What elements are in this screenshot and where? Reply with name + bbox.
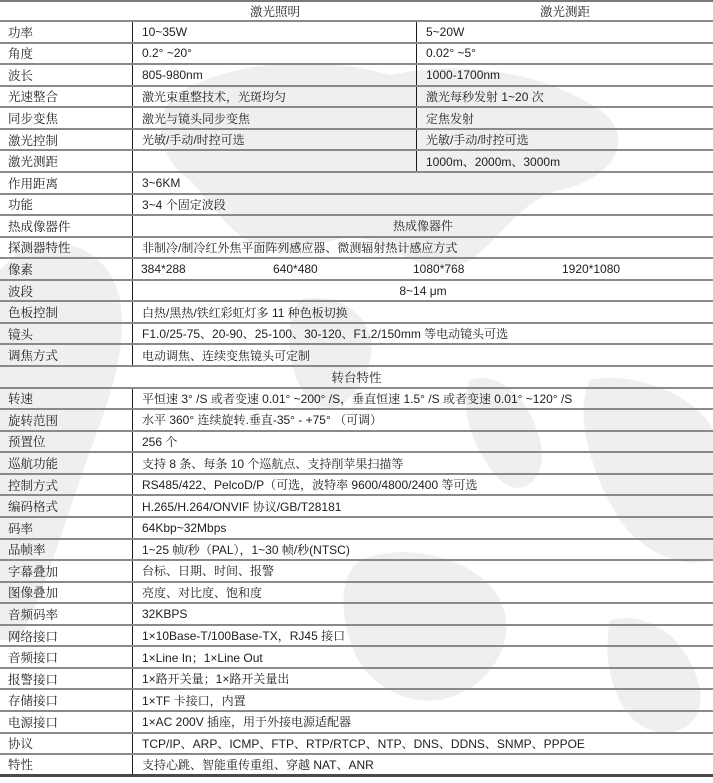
pixel-option: 1920*1080 — [562, 262, 620, 276]
illumination-value: 激光束重整技术，光斑均匀 — [133, 87, 417, 107]
row-value: 1×路开关量；1×路开关量出 — [133, 669, 713, 689]
spec-row-protocol: 协议 TCP/IP、ARP、ICMP、FTP、RTP/RTCP、NTP、DNS、… — [0, 734, 713, 756]
spec-row-power: 功率 10~35W 5~20W — [0, 22, 713, 44]
ranging-value: 5~20W — [417, 22, 713, 42]
ranging-value: 激光每秒发射 1~20 次 — [417, 87, 713, 107]
spec-row-laser-control: 激光控制 光敏/手动/时控可选 光敏/手动/时控可选 — [0, 130, 713, 152]
row-label: 巡航功能 — [0, 453, 133, 473]
row-label: 波长 — [0, 65, 133, 85]
row-value: 32KBPS — [133, 604, 713, 624]
row-label: 协议 — [0, 734, 133, 754]
row-label: 探测器特性 — [0, 238, 133, 258]
header-laser-ranging: 激光测距 — [417, 2, 713, 20]
row-label: 控制方式 — [0, 475, 133, 495]
illumination-value: 激光与镜头同步变焦 — [133, 108, 417, 128]
row-label: 转速 — [0, 389, 133, 409]
row-value: 1×10Base-T/100Base-TX，RJ45 接口 — [133, 626, 713, 646]
pixel-option: 384*288 — [141, 262, 186, 276]
ranging-value: 定焦发射 — [417, 108, 713, 128]
row-value: 台标、日期、时间、报警 — [133, 561, 713, 581]
row-value: 3~4 个固定波段 — [133, 195, 713, 215]
spec-row-osd: 字幕叠加 台标、日期、时间、报警 — [0, 561, 713, 583]
row-label: 品帧率 — [0, 540, 133, 560]
pixel-options: 384*288 640*480 1080*768 1920*1080 — [133, 259, 713, 279]
pixel-option: 640*480 — [273, 262, 318, 276]
spec-row-cruise: 巡航功能 支持 8 条、每条 10 个巡航点、支持削苹果扫描等 — [0, 453, 713, 475]
spec-row-audio-port: 音频接口 1×Line In；1×Line Out — [0, 647, 713, 669]
row-label: 图像叠加 — [0, 583, 133, 603]
spec-row-wavelength: 波长 805-980nm 1000-1700nm — [0, 65, 713, 87]
spec-row-sync-zoom: 同步变焦 激光与镜头同步变焦 定焦发射 — [0, 108, 713, 130]
row-label: 预置位 — [0, 432, 133, 452]
row-label: 作用距离 — [0, 173, 133, 193]
row-label: 字幕叠加 — [0, 561, 133, 581]
row-label: 电源接口 — [0, 712, 133, 732]
row-label: 激光测距 — [0, 151, 133, 171]
row-label: 热成像器件 — [0, 216, 133, 236]
row-value: H.265/H.264/ONVIF 协议/GB/T28181 — [133, 496, 713, 516]
row-value: 8~14 μm — [133, 281, 713, 301]
row-label: 调焦方式 — [0, 345, 133, 365]
row-value: 1×Line In；1×Line Out — [133, 647, 713, 667]
row-value: 1×TF 卡接口，内置 — [133, 690, 713, 710]
spec-row-encoding: 编码格式 H.265/H.264/ONVIF 协议/GB/T28181 — [0, 496, 713, 518]
spec-row-lens: 镜头 F1.0/25-75、20-90、25-100、30-120、F1.2/1… — [0, 324, 713, 346]
spec-row-storage-port: 存储接口 1×TF 卡接口，内置 — [0, 690, 713, 712]
illumination-value — [133, 151, 417, 171]
spec-row-frame-rate: 品帧率 1~25 帧/秒（PAL），1~30 帧/秒(NTSC) — [0, 540, 713, 562]
row-label: 像素 — [0, 259, 133, 279]
table-header-row: 激光照明 激光测距 — [0, 0, 713, 22]
row-label: 特性 — [0, 755, 133, 774]
row-label: 网络接口 — [0, 626, 133, 646]
ptz-section-row: 转台特性 — [0, 367, 713, 389]
row-label: 编码格式 — [0, 496, 133, 516]
row-label: 功率 — [0, 22, 133, 42]
spec-row-rotation-speed: 转速 平恒速 3° /S 或者变速 0.01° ~200° /S，垂直恒速 1.… — [0, 389, 713, 411]
ptz-section-title: 转台特性 — [0, 367, 713, 387]
thermal-section-row: 热成像器件 热成像器件 — [0, 216, 713, 238]
row-value: 平恒速 3° /S 或者变速 0.01° ~200° /S，垂直恒速 1.5° … — [133, 389, 713, 409]
spec-row-palette-control: 色板控制 白热/黑热/铁红彩虹灯多 11 种色板切换 — [0, 302, 713, 324]
spec-row-beam-shaping: 光速整合 激光束重整技术，光斑均匀 激光每秒发射 1~20 次 — [0, 87, 713, 109]
spec-row-band: 波段 8~14 μm — [0, 281, 713, 303]
ranging-value: 1000m、2000m、3000m — [417, 151, 713, 171]
row-label: 码率 — [0, 518, 133, 538]
row-value: 白热/黑热/铁红彩虹灯多 11 种色板切换 — [133, 302, 713, 322]
row-label: 报警接口 — [0, 669, 133, 689]
header-blank-cell — [0, 2, 133, 20]
spec-row-function: 功能 3~4 个固定波段 — [0, 195, 713, 217]
thermal-section-title: 热成像器件 — [133, 216, 713, 236]
row-label: 角度 — [0, 44, 133, 64]
row-value: 支持 8 条、每条 10 个巡航点、支持削苹果扫描等 — [133, 453, 713, 473]
row-value: TCP/IP、ARP、ICMP、FTP、RTP/RTCP、NTP、DNS、DDN… — [133, 734, 713, 754]
row-label: 镜头 — [0, 324, 133, 344]
pixel-option: 1080*768 — [413, 262, 464, 276]
row-value: 电动调焦、连续变焦镜头可定制 — [133, 345, 713, 365]
row-value: 水平 360° 连续旋转.垂直-35° - +75° （可调） — [133, 410, 713, 430]
ranging-value: 0.02° ~5° — [417, 44, 713, 64]
row-value: 非制冷/制冷红外焦平面阵列感应器、微测辐射热计感应方式 — [133, 238, 713, 258]
row-value: RS485/422、PelcoD/P（可选，波特率 9600/4800/2400… — [133, 475, 713, 495]
row-value: 256 个 — [133, 432, 713, 452]
row-label: 音频接口 — [0, 647, 133, 667]
spec-row-angle: 角度 0.2° ~20° 0.02° ~5° — [0, 44, 713, 66]
ranging-value: 1000-1700nm — [417, 65, 713, 85]
spec-row-laser-ranging: 激光测距 1000m、2000m、3000m — [0, 151, 713, 173]
row-value: F1.0/25-75、20-90、25-100、30-120、F1.2/150m… — [133, 324, 713, 344]
spec-row-detector: 探测器特性 非制冷/制冷红外焦平面阵列感应器、微测辐射热计感应方式 — [0, 238, 713, 260]
illumination-value: 光敏/手动/时控可选 — [133, 130, 417, 150]
row-label: 激光控制 — [0, 130, 133, 150]
row-label: 旋转范围 — [0, 410, 133, 430]
spec-row-working-distance: 作用距离 3~6KM — [0, 173, 713, 195]
row-label: 音频码率 — [0, 604, 133, 624]
illumination-value: 0.2° ~20° — [133, 44, 417, 64]
row-value: 支持心跳、智能重传重组、穿越 NAT、ANR — [133, 755, 713, 774]
spec-row-audio-bitrate: 音频码率 32KBPS — [0, 604, 713, 626]
spec-row-pixels: 像素 384*288 640*480 1080*768 1920*1080 — [0, 259, 713, 281]
ranging-value: 光敏/手动/时控可选 — [417, 130, 713, 150]
row-value: 亮度、对比度、饱和度 — [133, 583, 713, 603]
spec-row-power-port: 电源接口 1×AC 200V 插座，用于外接电源适配器 — [0, 712, 713, 734]
row-label: 功能 — [0, 195, 133, 215]
row-value: 1~25 帧/秒（PAL），1~30 帧/秒(NTSC) — [133, 540, 713, 560]
illumination-value: 10~35W — [133, 22, 417, 42]
spec-table: 激光照明 激光测距 功率 10~35W 5~20W 角度 0.2° ~20° 0… — [0, 0, 713, 777]
illumination-value: 805-980nm — [133, 65, 417, 85]
spec-row-rotation-range: 旋转范围 水平 360° 连续旋转.垂直-35° - +75° （可调） — [0, 410, 713, 432]
spec-row-image-overlay: 图像叠加 亮度、对比度、饱和度 — [0, 583, 713, 605]
spec-row-network-port: 网络接口 1×10Base-T/100Base-TX，RJ45 接口 — [0, 626, 713, 648]
header-laser-illumination: 激光照明 — [133, 2, 417, 20]
row-label: 光速整合 — [0, 87, 133, 107]
spec-row-presets: 预置位 256 个 — [0, 432, 713, 454]
row-label: 同步变焦 — [0, 108, 133, 128]
spec-row-features: 特性 支持心跳、智能重传重组、穿越 NAT、ANR — [0, 755, 713, 777]
row-value: 1×AC 200V 插座，用于外接电源适配器 — [133, 712, 713, 732]
row-value: 3~6KM — [133, 173, 713, 193]
spec-row-focus-mode: 调焦方式 电动调焦、连续变焦镜头可定制 — [0, 345, 713, 367]
row-label: 色板控制 — [0, 302, 133, 322]
spec-row-alarm-port: 报警接口 1×路开关量；1×路开关量出 — [0, 669, 713, 691]
row-label: 存储接口 — [0, 690, 133, 710]
row-label: 波段 — [0, 281, 133, 301]
spec-row-bitrate: 码率 64Kbp~32Mbps — [0, 518, 713, 540]
spec-row-control-mode: 控制方式 RS485/422、PelcoD/P（可选，波特率 9600/4800… — [0, 475, 713, 497]
row-value: 64Kbp~32Mbps — [133, 518, 713, 538]
